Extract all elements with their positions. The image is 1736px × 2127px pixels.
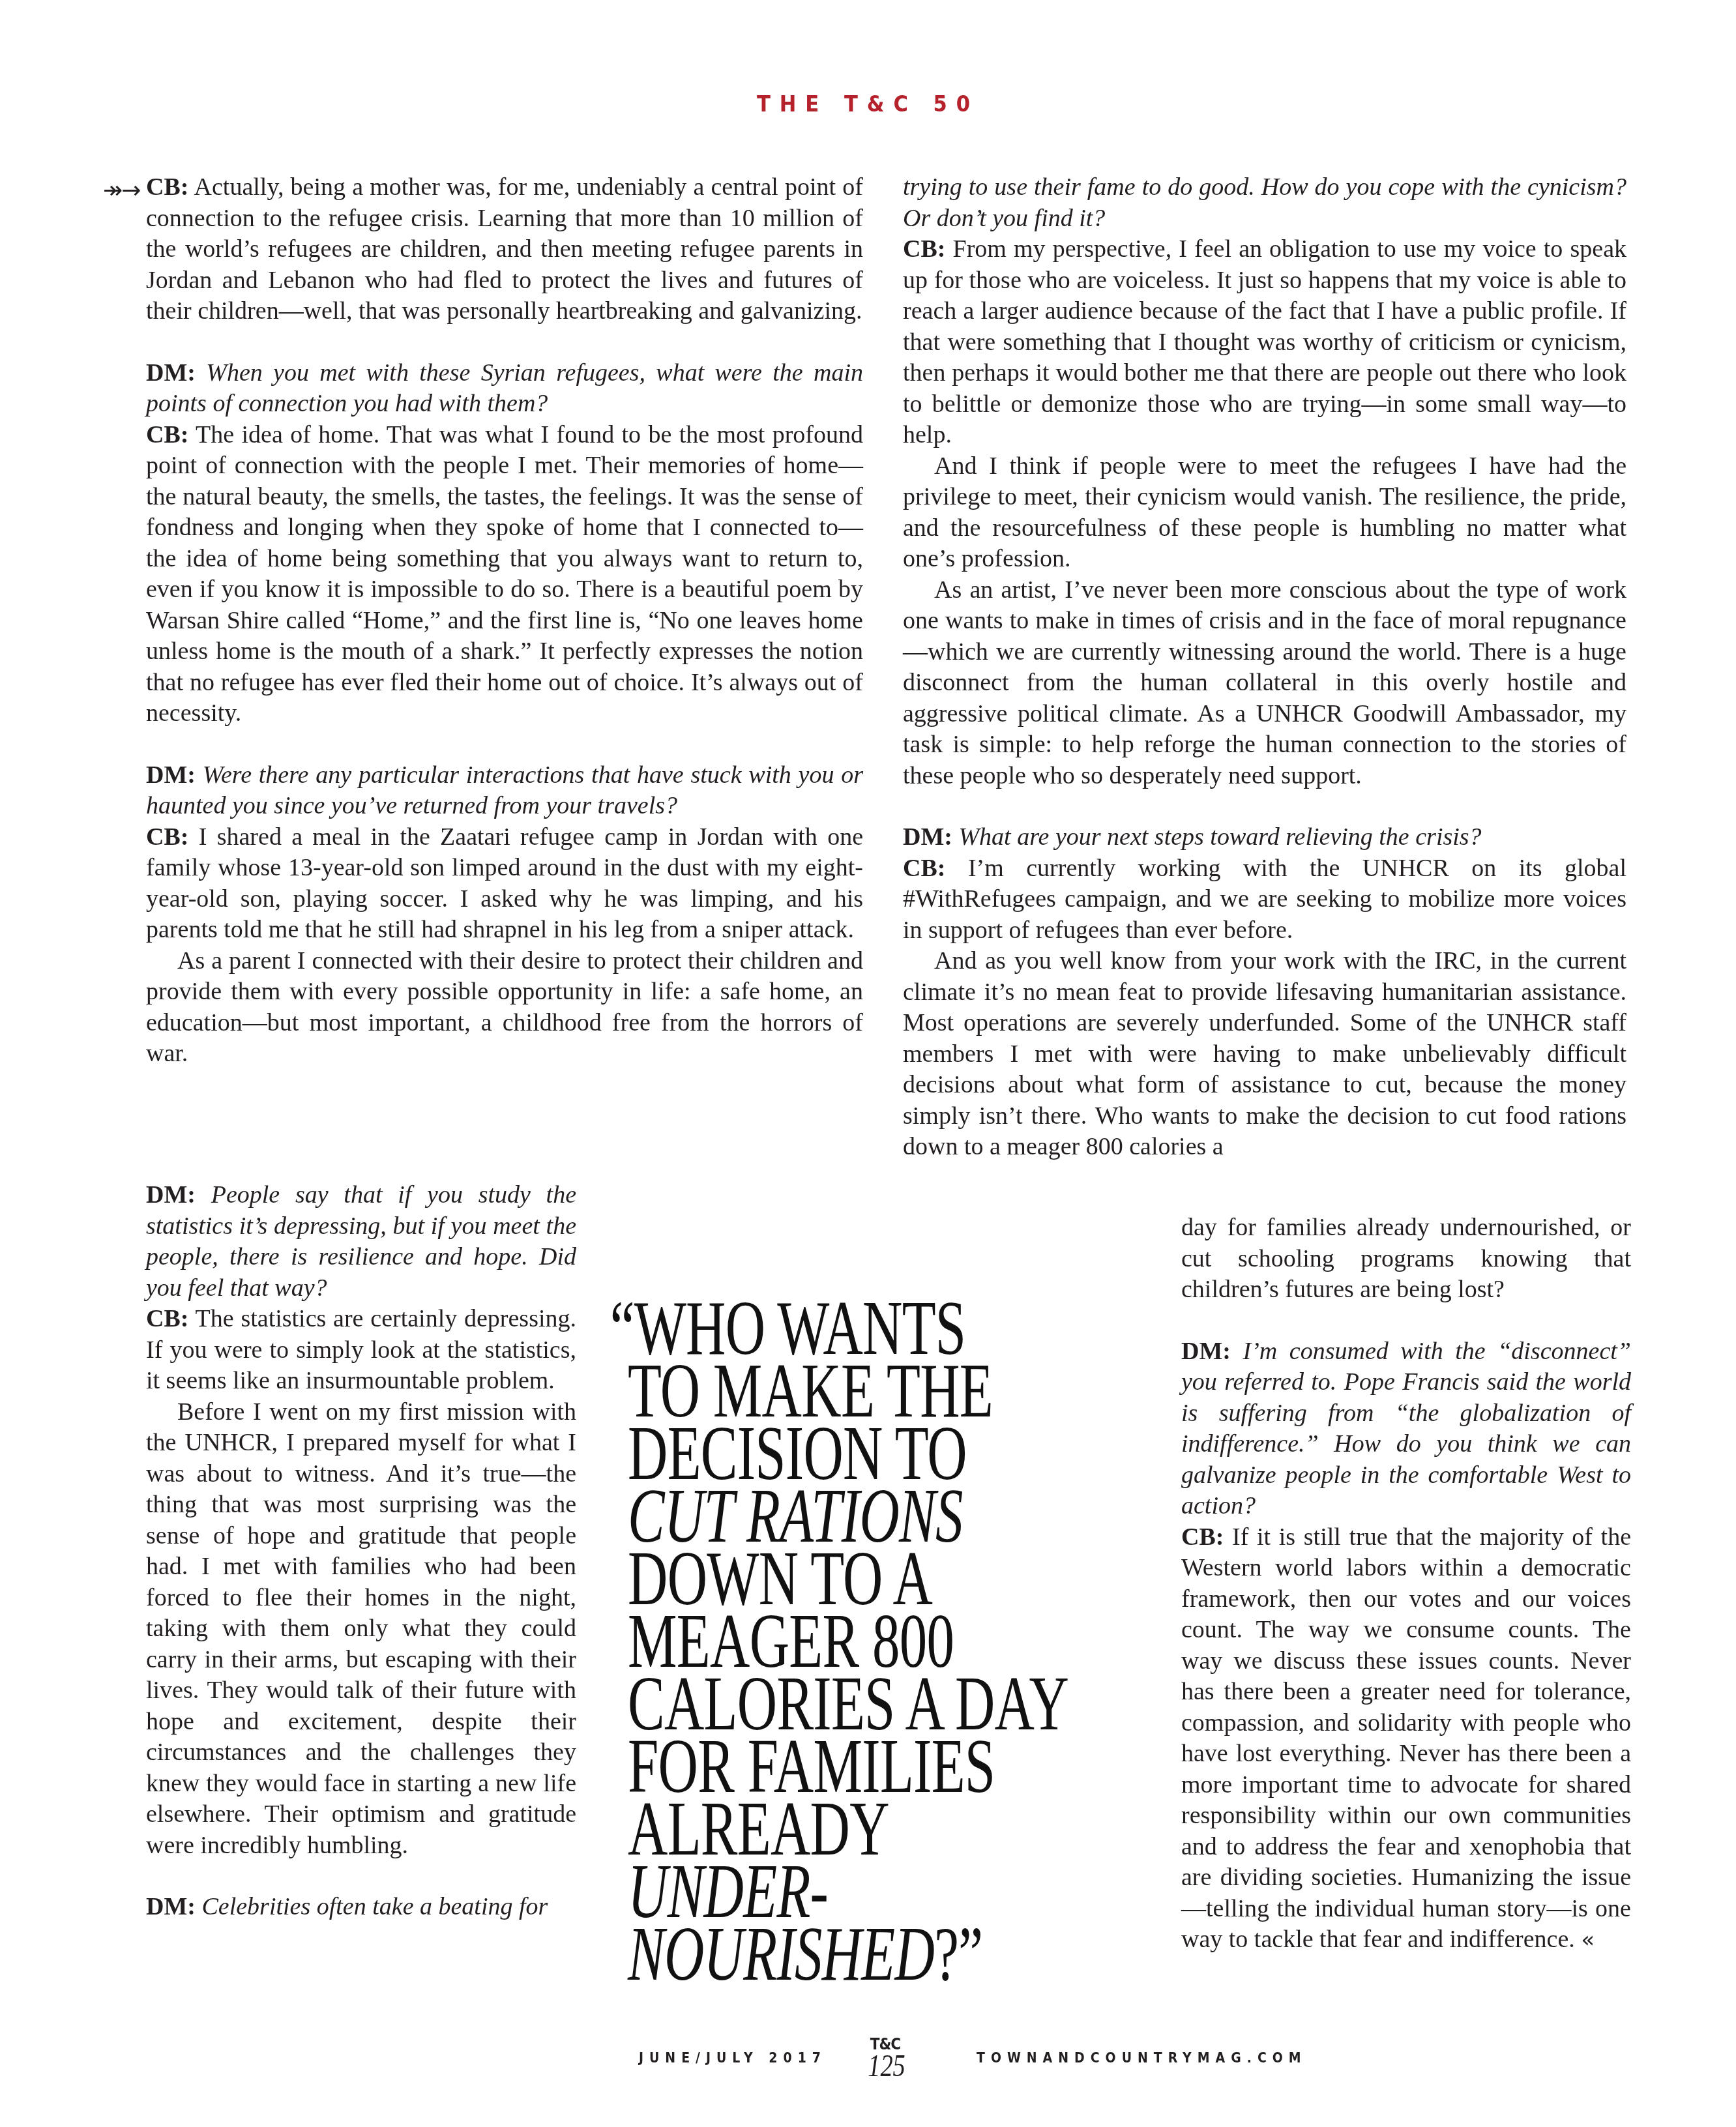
speaker-label: DM: <box>146 1181 196 1209</box>
page-number: 125 <box>855 2048 918 2084</box>
answer-paragraph: CB: I’m currently working with the UNHCR… <box>903 853 1626 946</box>
answer-paragraph: CB: The idea of home. That was what I fo… <box>146 420 863 729</box>
question-paragraph: DM: What are your next steps toward reli… <box>903 822 1626 853</box>
speaker-label: CB: <box>146 1305 188 1332</box>
speaker-label: CB: <box>903 855 945 882</box>
speaker-label: CB: <box>146 173 188 201</box>
question-paragraph: DM: People say that if you study the sta… <box>146 1180 576 1304</box>
speaker-label: CB: <box>146 421 188 448</box>
column-2-top: trying to use their fame to do good. How… <box>903 172 1626 1163</box>
body-paragraph: As a parent I connected with their desir… <box>146 946 863 1070</box>
pull-quote-last-line: NOURISHED?” <box>628 1923 1003 1986</box>
speaker-label: CB: <box>903 235 945 263</box>
footer-website[interactable]: TOWNANDCOUNTRYMAG.COM <box>977 2050 1307 2066</box>
speaker-label: DM: <box>146 761 196 789</box>
question-continuation: trying to use their fame to do good. How… <box>903 172 1626 234</box>
body-paragraph: Before I went on my first mission with t… <box>146 1397 576 1862</box>
body-paragraph: And as you well know from your work with… <box>903 946 1626 1163</box>
column-3-bottom: day for families already undernourished,… <box>1181 1212 1631 1956</box>
speaker-label: DM: <box>1181 1338 1231 1365</box>
speaker-label: DM: <box>903 823 952 851</box>
lead-arrow-icon: ↠→ <box>103 177 140 204</box>
pull-quote-closing: ?” <box>934 1911 982 1997</box>
question-paragraph: DM: I’m consumed with the “disconnect” y… <box>1181 1336 1631 1522</box>
answer-paragraph: CB: Actually, being a mother was, for me… <box>146 172 863 327</box>
speaker-label: DM: <box>146 359 196 387</box>
question-paragraph: DM: Were there any particular interactio… <box>146 760 863 822</box>
speaker-label: DM: <box>146 1893 196 1920</box>
body-paragraph: As an artist, I’ve never been more consc… <box>903 575 1626 792</box>
body-paragraph: day for families already undernourished,… <box>1181 1212 1631 1306</box>
column-1-bottom: DM: People say that if you study the sta… <box>146 1180 576 1923</box>
answer-paragraph: CB: If it is still true that the majorit… <box>1181 1522 1631 1956</box>
answer-paragraph: CB: The statistics are certainly depress… <box>146 1304 576 1397</box>
question-paragraph: DM: Celebrities often take a beating for <box>146 1892 576 1923</box>
pull-quote: “WHO WANTS TO MAKE THE DECISION TO CUT R… <box>628 1297 1003 1986</box>
speaker-label: CB: <box>146 823 188 851</box>
answer-paragraph: CB: From my perspective, I feel an oblig… <box>903 234 1626 451</box>
end-mark-icon: « <box>1581 1927 1595 1953</box>
footer-issue-date: JUNE/JULY 2017 <box>639 2050 827 2066</box>
question-paragraph: DM: When you met with these Syrian refug… <box>146 358 863 420</box>
speaker-label: CB: <box>1181 1523 1224 1551</box>
answer-paragraph: CB: I shared a meal in the Zaatari refug… <box>146 822 863 946</box>
section-title: THE T&C 50 <box>0 91 1736 117</box>
body-paragraph: And I think if people were to meet the r… <box>903 451 1626 575</box>
column-1-top: CB: Actually, being a mother was, for me… <box>146 172 863 1070</box>
